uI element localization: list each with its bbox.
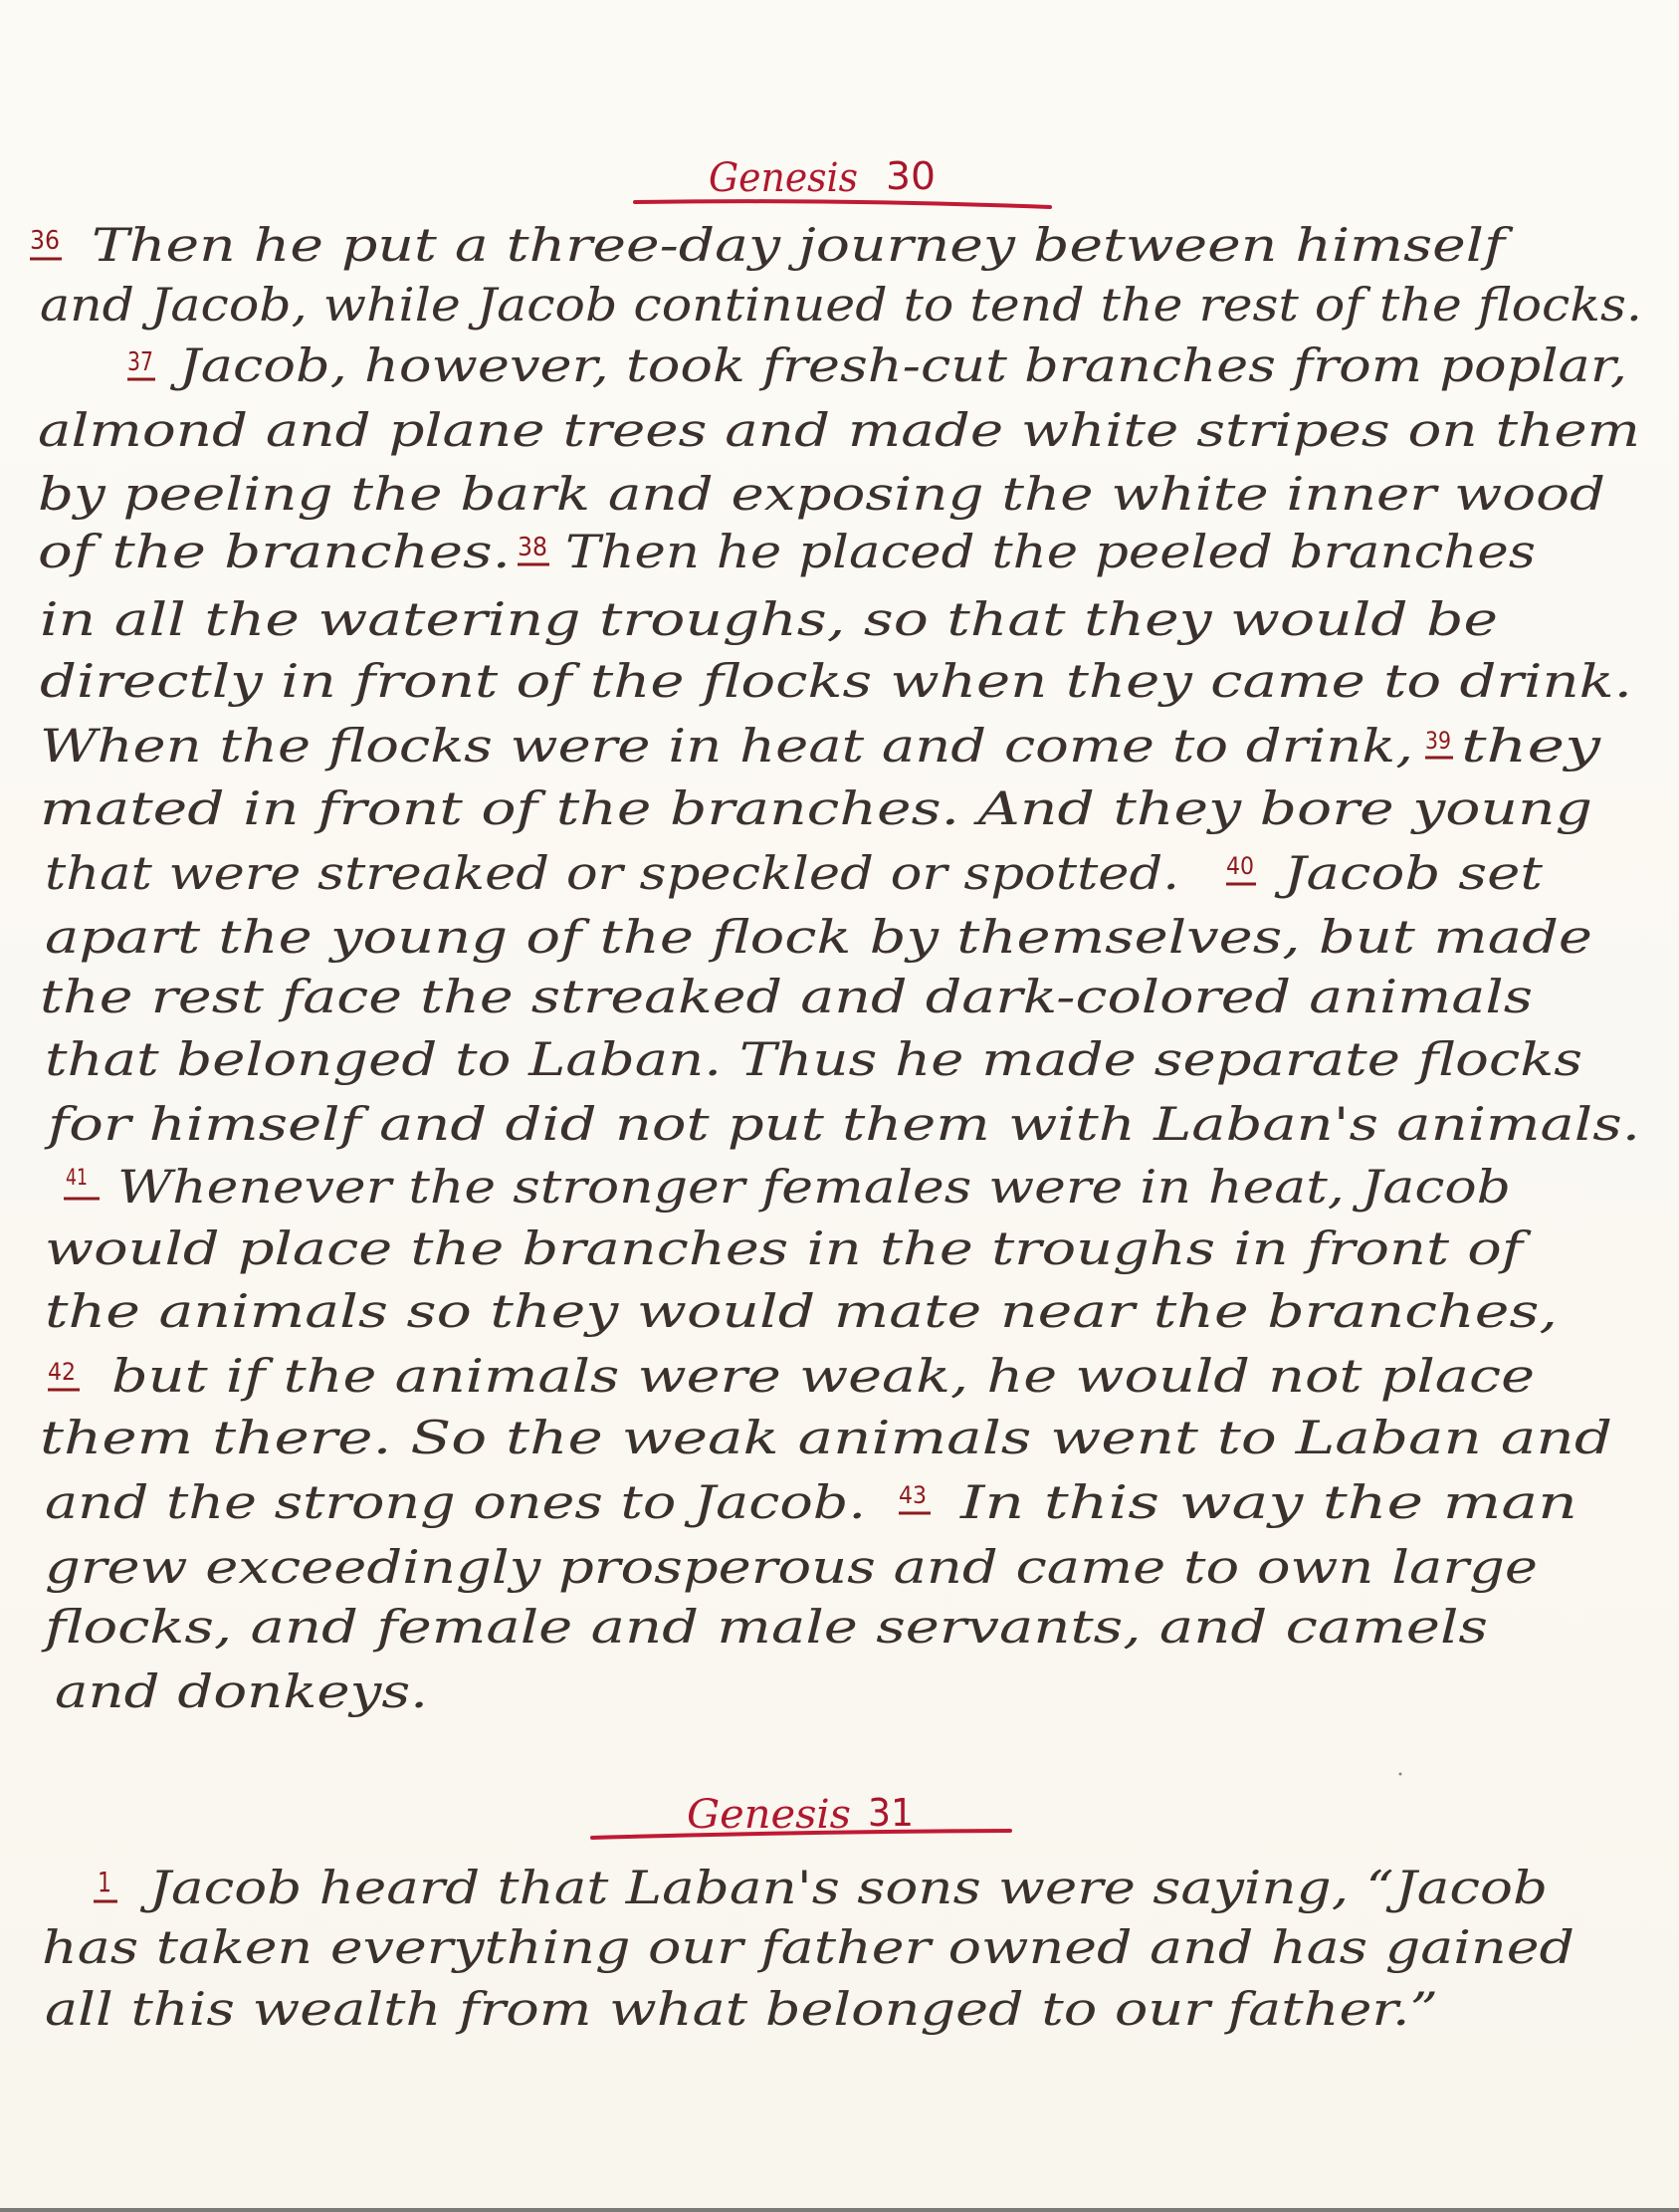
text-line: Then he placed the peeled branches: [565, 525, 1536, 578]
text-line: them there. So the weak animals went to …: [40, 1411, 1612, 1464]
text-line: the animals so they would mate near the …: [45, 1284, 1558, 1338]
text-line: in all the watering troughs, so that the…: [40, 592, 1498, 646]
chapter-31-text: 1 Jacob heard that Laban's sons were say…: [42, 1861, 1574, 2036]
verse-number: 43: [899, 1481, 927, 1509]
text-line: directly in front of the flocks when the…: [40, 654, 1632, 708]
text-line: Then he put a three-day journey between …: [92, 218, 1514, 272]
text-line-lead: that were streaked or speckled or spotte…: [45, 846, 1179, 900]
text-line: all this wealth from what belonged to ou…: [45, 1982, 1438, 2036]
heading-book: Genesis: [709, 155, 858, 201]
text-line: but if the animals were weak, he would n…: [111, 1349, 1535, 1403]
text-line-lead: of the branches.: [38, 525, 511, 578]
heading-chapter: 31: [868, 1791, 914, 1835]
verse-number: 36: [30, 226, 60, 256]
verse-number: 1: [98, 1866, 111, 1898]
text-line-lead: When the flocks were in heat and come to…: [40, 719, 1413, 773]
verse-number: 42: [48, 1358, 76, 1386]
scan-bottom-edge: [0, 2208, 1679, 2212]
verse-number: 37: [127, 347, 153, 377]
text-line: mated in front of the branches. And they…: [40, 781, 1592, 835]
text-line: has taken everything our father owned an…: [42, 1920, 1574, 1974]
chapter-30-text: 36 Then he put a three-day journey betwe…: [30, 218, 1642, 1718]
page-canvas: Genesis 30 36 Then he put a three-day jo…: [0, 0, 1679, 2212]
paper-speck: [1399, 1773, 1402, 1776]
text-line-lead: and the strong ones to Jacob.: [45, 1475, 866, 1529]
chapter-heading-genesis-31: Genesis 31: [592, 1791, 1010, 1838]
text-line: and Jacob, while Jacob continued to tend…: [40, 278, 1642, 332]
heading-underline: [635, 201, 1050, 207]
verse-number: 38: [518, 533, 547, 562]
text-line: In this way the man: [959, 1475, 1577, 1529]
chapter-heading-genesis-30: Genesis 30: [635, 154, 1050, 207]
text-line: by peeling the bark and exposing the whi…: [38, 467, 1605, 521]
verse-number: 41: [66, 1166, 88, 1191]
text-line: the rest face the streaked and dark-colo…: [40, 970, 1533, 1023]
text-line: would place the branches in the troughs …: [45, 1221, 1532, 1275]
text-line: for himself and did not put them with La…: [44, 1097, 1640, 1151]
text-line: that belonged to Laban. Thus he made sep…: [45, 1032, 1582, 1086]
text-line: Jacob set: [1274, 846, 1543, 900]
text-line: apart the young of the flock by themselv…: [45, 910, 1592, 964]
text-line: Jacob heard that Laban's sons were sayin…: [139, 1861, 1548, 1914]
text-line: grew exceedingly prosperous and came to …: [45, 1540, 1538, 1594]
text-line: flocks, and female and male servants, an…: [41, 1600, 1488, 1654]
handwritten-page: Genesis 30 36 Then he put a three-day jo…: [0, 0, 1679, 2212]
text-line: they: [1461, 719, 1601, 773]
text-line: Jacob, however, took fresh-cut branches …: [170, 338, 1627, 392]
verse-number: 40: [1226, 852, 1254, 880]
text-line: Whenever the stronger females were in he…: [117, 1160, 1511, 1214]
verse-number: 39: [1425, 727, 1451, 755]
text-line: almond and plane trees and made white st…: [38, 403, 1640, 457]
heading-chapter: 30: [886, 154, 936, 198]
text-line: and donkeys.: [55, 1664, 428, 1718]
